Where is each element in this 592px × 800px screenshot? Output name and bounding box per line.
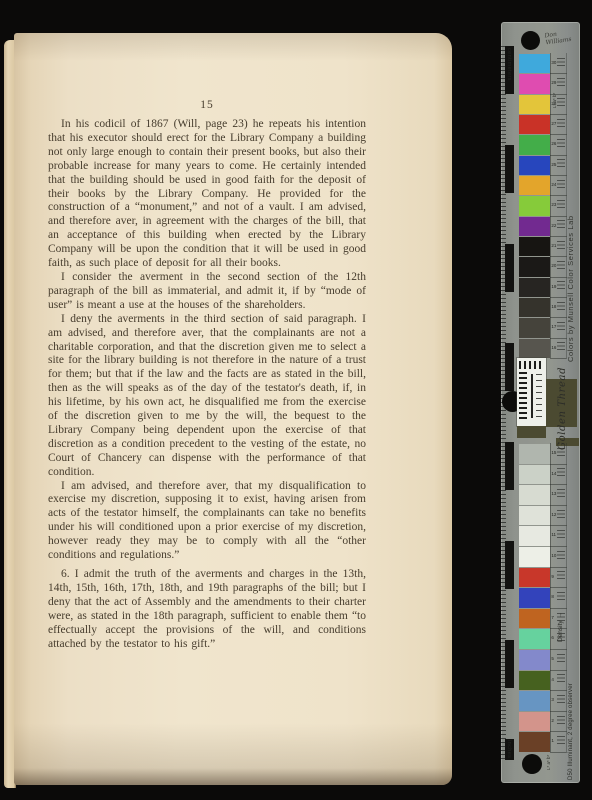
patch-values-microtext (557, 530, 565, 541)
patch-index: 4 (551, 678, 556, 683)
color-swatch-white (519, 547, 550, 567)
patch-index: 7 (551, 616, 556, 621)
color-patch-row: 2 (519, 711, 567, 732)
color-patch-row: 19 (519, 277, 567, 297)
patch-value-cell: 21 (550, 236, 567, 257)
patch-index: 3 (551, 698, 556, 703)
color-swatch-dark-gray (519, 298, 550, 317)
patch-index: 20 (551, 264, 556, 269)
patch-index: 14 (551, 472, 556, 477)
patch-index: 8 (551, 595, 556, 600)
patch-index: 1 (551, 739, 556, 744)
color-patch-row: 25 (519, 155, 567, 175)
patch-values-microtext (557, 551, 565, 562)
paragraph: I deny the averments in the third sectio… (48, 313, 366, 480)
color-patch-row: 17 (519, 317, 567, 337)
color-patch-row: 16 (519, 338, 567, 358)
patch-index: 6 (551, 636, 556, 641)
color-patch-row: 28 (519, 94, 567, 114)
patch-values-microtext (557, 302, 565, 313)
patch-value-cell: 18 (550, 297, 567, 318)
patch-value-cell: 11 (550, 525, 567, 547)
patch-index: 16 (551, 346, 556, 351)
patch-values-microtext (557, 322, 565, 333)
patch-values-microtext (557, 159, 565, 170)
patch-value-cell: 1 (550, 731, 567, 753)
patch-index: 18 (551, 305, 556, 310)
color-swatch-yellow-green (519, 196, 550, 215)
color-swatch-gray-green (519, 444, 550, 464)
patch-index: 21 (551, 244, 556, 249)
color-swatch-mint-green (519, 629, 550, 649)
paragraph: I consider the averment in the second se… (48, 271, 366, 313)
patch-index: 11 (551, 533, 556, 538)
patch-index: 28 (551, 102, 556, 107)
patch-value-cell: 12 (550, 505, 567, 527)
patch-value-cell: 19 (550, 277, 567, 298)
patch-value-cell: 13 (550, 484, 567, 506)
color-swatch-black (519, 237, 550, 256)
resolution-bars-icon (519, 361, 543, 369)
color-swatch-blue (519, 588, 550, 608)
patch-value-cell: 3 (550, 690, 567, 712)
color-patch-row: 30 (519, 53, 567, 73)
page-text-block: In his codicil of 1867 (Will, page 23) h… (48, 118, 366, 651)
resolution-bars-icon (519, 372, 527, 420)
patch-index: 22 (551, 224, 556, 229)
color-patch-row: 12 (519, 505, 567, 526)
patch-values-microtext (557, 489, 565, 500)
color-swatch-purple (519, 217, 550, 236)
color-swatch-pale-gray (519, 485, 550, 505)
patch-values-microtext (557, 468, 565, 479)
hanging-hole-icon (522, 754, 542, 774)
patch-value-cell: 14 (550, 464, 567, 486)
patch-value-cell: 5 (550, 649, 567, 671)
color-swatch-dark-orange (519, 609, 550, 629)
patch-value-cell: 29 (550, 73, 567, 94)
color-patch-row: 13 (519, 484, 567, 505)
patch-value-cell: 23 (550, 195, 567, 216)
paragraph: 6. I admit the truth of the averments an… (48, 568, 366, 651)
patch-value-cell: 17 (550, 317, 567, 338)
patch-index: 15 (551, 451, 556, 456)
patch-index: 24 (551, 183, 556, 188)
patch-value-cell: 2 (550, 711, 567, 733)
paragraph: I am advised, and therefore aver, that m… (48, 480, 366, 563)
patch-value-cell: 30 (550, 53, 567, 74)
resolution-bars-icon (536, 374, 542, 418)
patch-value-cell: 28 (550, 94, 567, 115)
patch-values-microtext (557, 220, 565, 231)
patch-values-microtext (557, 342, 565, 353)
patch-value-cell: 22 (550, 216, 567, 237)
patch-values-microtext (557, 139, 565, 150)
patch-value-cell: 27 (550, 114, 567, 135)
color-swatch-magenta (519, 74, 550, 93)
patch-value-cell: 20 (550, 256, 567, 277)
color-swatch-very-dark-gray (519, 278, 550, 297)
calibration-ruler: centimeters inches Don Williams L* a* b*… (501, 22, 580, 783)
patch-index: 17 (551, 325, 556, 330)
color-swatch-cyan (519, 54, 550, 73)
color-patch-row: 27 (519, 114, 567, 134)
color-patch-row: 4 (519, 670, 567, 691)
patch-index: 10 (551, 554, 556, 559)
signature-script: Don Williams (544, 28, 581, 47)
color-swatch-brown (519, 732, 550, 752)
color-patch-row: 5 (519, 649, 567, 670)
patch-index: 2 (551, 719, 556, 724)
resolution-bars-icon (531, 374, 533, 418)
patch-values-microtext (557, 261, 565, 272)
page-number: 15 (48, 99, 366, 111)
patch-value-cell: 25 (550, 155, 567, 176)
lab-columns-header: L* a* b* (546, 752, 551, 770)
color-swatch-near-white (519, 526, 550, 546)
patch-values-microtext (557, 281, 565, 292)
illuminant-label: D50 Illuminant, 2 degree observer (568, 568, 574, 780)
color-patch-row: 21 (519, 236, 567, 256)
patch-index: 19 (551, 285, 556, 290)
patch-value-cell: 4 (550, 670, 567, 692)
ruler-unit-inches: inches (506, 740, 512, 774)
patch-values-microtext (557, 98, 565, 109)
color-patch-row: 14 (519, 464, 567, 485)
color-swatch-light-gray (519, 465, 550, 485)
color-patch-row: 24 (519, 175, 567, 195)
patch-values-microtext (557, 510, 565, 521)
color-swatch-dark-olive-gray (519, 318, 550, 337)
patch-values-microtext (557, 78, 565, 89)
patch-index: 25 (551, 163, 556, 168)
color-swatch-red (519, 568, 550, 588)
color-swatch-salmon (519, 712, 550, 732)
patch-index: 23 (551, 203, 556, 208)
patch-value-cell: 24 (550, 175, 567, 196)
photo-backdrop: 15 In his codicil of 1867 (Will, page 23… (0, 0, 592, 800)
color-swatch-off-white (519, 506, 550, 526)
patch-values-microtext (557, 119, 565, 130)
brand-script: Golden Thread (557, 358, 568, 450)
patch-values-microtext (557, 716, 565, 727)
color-patch-row: 18 (519, 297, 567, 317)
color-swatch-blue (519, 156, 550, 175)
hanging-hole-icon (521, 31, 540, 50)
color-swatch-near-black (519, 257, 550, 276)
color-swatch-olive-green (519, 671, 550, 691)
resolution-target (517, 358, 546, 426)
color-patch-row: 29 (519, 73, 567, 93)
color-swatch-yellow (519, 95, 550, 114)
patch-values-microtext (557, 241, 565, 252)
patch-values-microtext (557, 180, 565, 191)
patch-values-microtext (557, 200, 565, 211)
color-swatch-orange (519, 176, 550, 195)
ruler-unit-centimeters: centimeters (506, 48, 512, 108)
density-label: Density → (557, 564, 564, 642)
patch-index: 12 (551, 513, 556, 518)
color-patch-row: 11 (519, 525, 567, 546)
patch-column-upper: 302928272625242322212019181716 (519, 53, 567, 358)
color-patch-row: 1 (519, 731, 567, 752)
patch-values-microtext (557, 695, 565, 706)
color-patch-row: 22 (519, 216, 567, 236)
target-edge-block (517, 426, 546, 438)
color-patch-row: 23 (519, 195, 567, 215)
patch-index: 27 (551, 122, 556, 127)
patch-value-cell: 26 (550, 134, 567, 155)
color-patch-row: 20 (519, 256, 567, 276)
patch-index: 13 (551, 492, 556, 497)
patch-values-microtext (557, 58, 565, 69)
patch-values-microtext (557, 674, 565, 685)
patch-value-cell: 16 (550, 338, 567, 359)
color-swatch-medium-gray (519, 339, 550, 358)
patch-index: 26 (551, 142, 556, 147)
paragraph: In his codicil of 1867 (Will, page 23) h… (48, 118, 366, 271)
maker-text: Colors by Munsell Color Services Lab (566, 62, 575, 362)
color-swatch-red (519, 115, 550, 134)
patch-index: 9 (551, 575, 556, 580)
patch-index: 29 (551, 81, 556, 86)
book-page: 15 In his codicil of 1867 (Will, page 23… (14, 33, 452, 785)
color-patch-row: 26 (519, 134, 567, 154)
color-patch-row: 3 (519, 690, 567, 711)
patch-values-microtext (557, 654, 565, 665)
color-swatch-green (519, 135, 550, 154)
patch-index: 5 (551, 657, 556, 662)
patch-index: 30 (551, 61, 556, 66)
color-swatch-steel-blue (519, 691, 550, 711)
patch-values-microtext (557, 736, 565, 747)
color-swatch-lavender (519, 650, 550, 670)
